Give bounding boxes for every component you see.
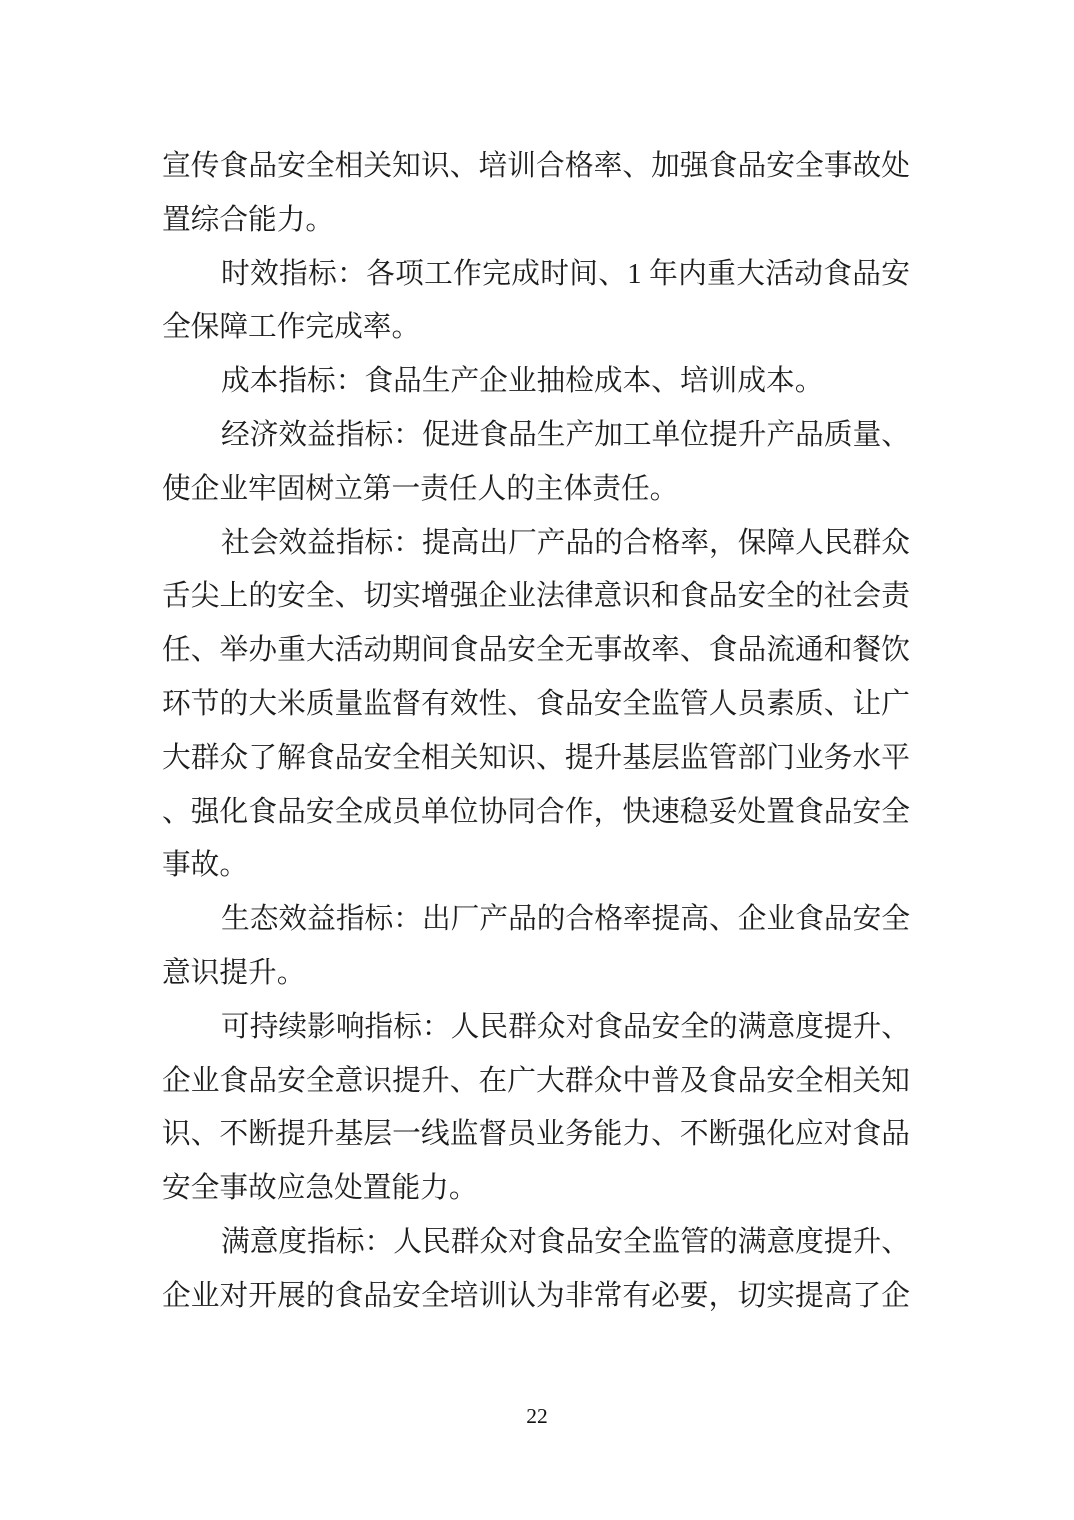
- paragraph-cost-indicators: 成本指标：食品生产企业抽检成本、培训成本。: [162, 355, 910, 409]
- text-line: 舌尖上的安全、切实增强企业法律意识和食品安全的社会责: [162, 570, 910, 624]
- text-line: 宣传食品安全相关知识、培训合格率、加强食品安全事故处: [162, 140, 910, 194]
- paragraph-sustainable-impact-indicators: 可持续影响指标：人民群众对食品安全的满意度提升、 企业食品安全意识提升、在广大群…: [162, 1001, 910, 1216]
- text-line: 企业对开展的食品安全培训认为非常有必要，切实提高了企: [162, 1270, 910, 1324]
- paragraph-timeliness-indicators: 时效指标：各项工作完成时间、1 年内重大活动食品安 全保障工作完成率。: [162, 248, 910, 356]
- text-line: 可持续影响指标：人民群众对食品安全的满意度提升、: [162, 1001, 910, 1055]
- paragraph-social-benefit-indicators: 社会效益指标：提高出厂产品的合格率，保障人民群众 舌尖上的安全、切实增强企业法律…: [162, 517, 910, 894]
- paragraph-economic-benefit-indicators: 经济效益指标：促进食品生产加工单位提升产品质量、 使企业牢固树立第一责任人的主体…: [162, 409, 910, 517]
- text-line: 任、举办重大活动期间食品安全无事故率、食品流通和餐饮: [162, 624, 910, 678]
- text-line: 置综合能力。: [162, 194, 910, 248]
- text-line: 企业食品安全意识提升、在广大群众中普及食品安全相关知: [162, 1055, 910, 1109]
- document-body: 宣传食品安全相关知识、培训合格率、加强食品安全事故处 置综合能力。 时效指标：各…: [162, 140, 910, 1324]
- text-line: 识、不断提升基层一线监督员业务能力、不断强化应对食品: [162, 1108, 910, 1162]
- text-line: 时效指标：各项工作完成时间、1 年内重大活动食品安: [162, 248, 910, 302]
- text-line: 经济效益指标：促进食品生产加工单位提升产品质量、: [162, 409, 910, 463]
- text-line: 生态效益指标：出厂产品的合格率提高、企业食品安全: [162, 893, 910, 947]
- text-line: 满意度指标：人民群众对食品安全监管的满意度提升、: [162, 1216, 910, 1270]
- paragraph-continuation: 宣传食品安全相关知识、培训合格率、加强食品安全事故处 置综合能力。: [162, 140, 910, 248]
- document-page: 宣传食品安全相关知识、培训合格率、加强食品安全事故处 置综合能力。 时效指标：各…: [0, 0, 1074, 1520]
- text-line: 全保障工作完成率。: [162, 301, 910, 355]
- text-line: 事故。: [162, 839, 910, 893]
- text-line: 、强化食品安全成员单位协同合作，快速稳妥处置食品安全: [162, 786, 910, 840]
- paragraph-satisfaction-indicators: 满意度指标：人民群众对食品安全监管的满意度提升、 企业对开展的食品安全培训认为非…: [162, 1216, 910, 1324]
- text-line: 环节的大米质量监督有效性、食品安全监管人员素质、让广: [162, 678, 910, 732]
- text-line: 意识提升。: [162, 947, 910, 1001]
- text-line: 大群众了解食品安全相关知识、提升基层监管部门业务水平: [162, 732, 910, 786]
- text-line: 使企业牢固树立第一责任人的主体责任。: [162, 463, 910, 517]
- paragraph-ecological-benefit-indicators: 生态效益指标：出厂产品的合格率提高、企业食品安全 意识提升。: [162, 893, 910, 1001]
- text-line: 社会效益指标：提高出厂产品的合格率，保障人民群众: [162, 517, 910, 571]
- page-number: 22: [0, 1404, 1074, 1429]
- text-line: 安全事故应急处置能力。: [162, 1162, 910, 1216]
- text-line: 成本指标：食品生产企业抽检成本、培训成本。: [162, 355, 910, 409]
